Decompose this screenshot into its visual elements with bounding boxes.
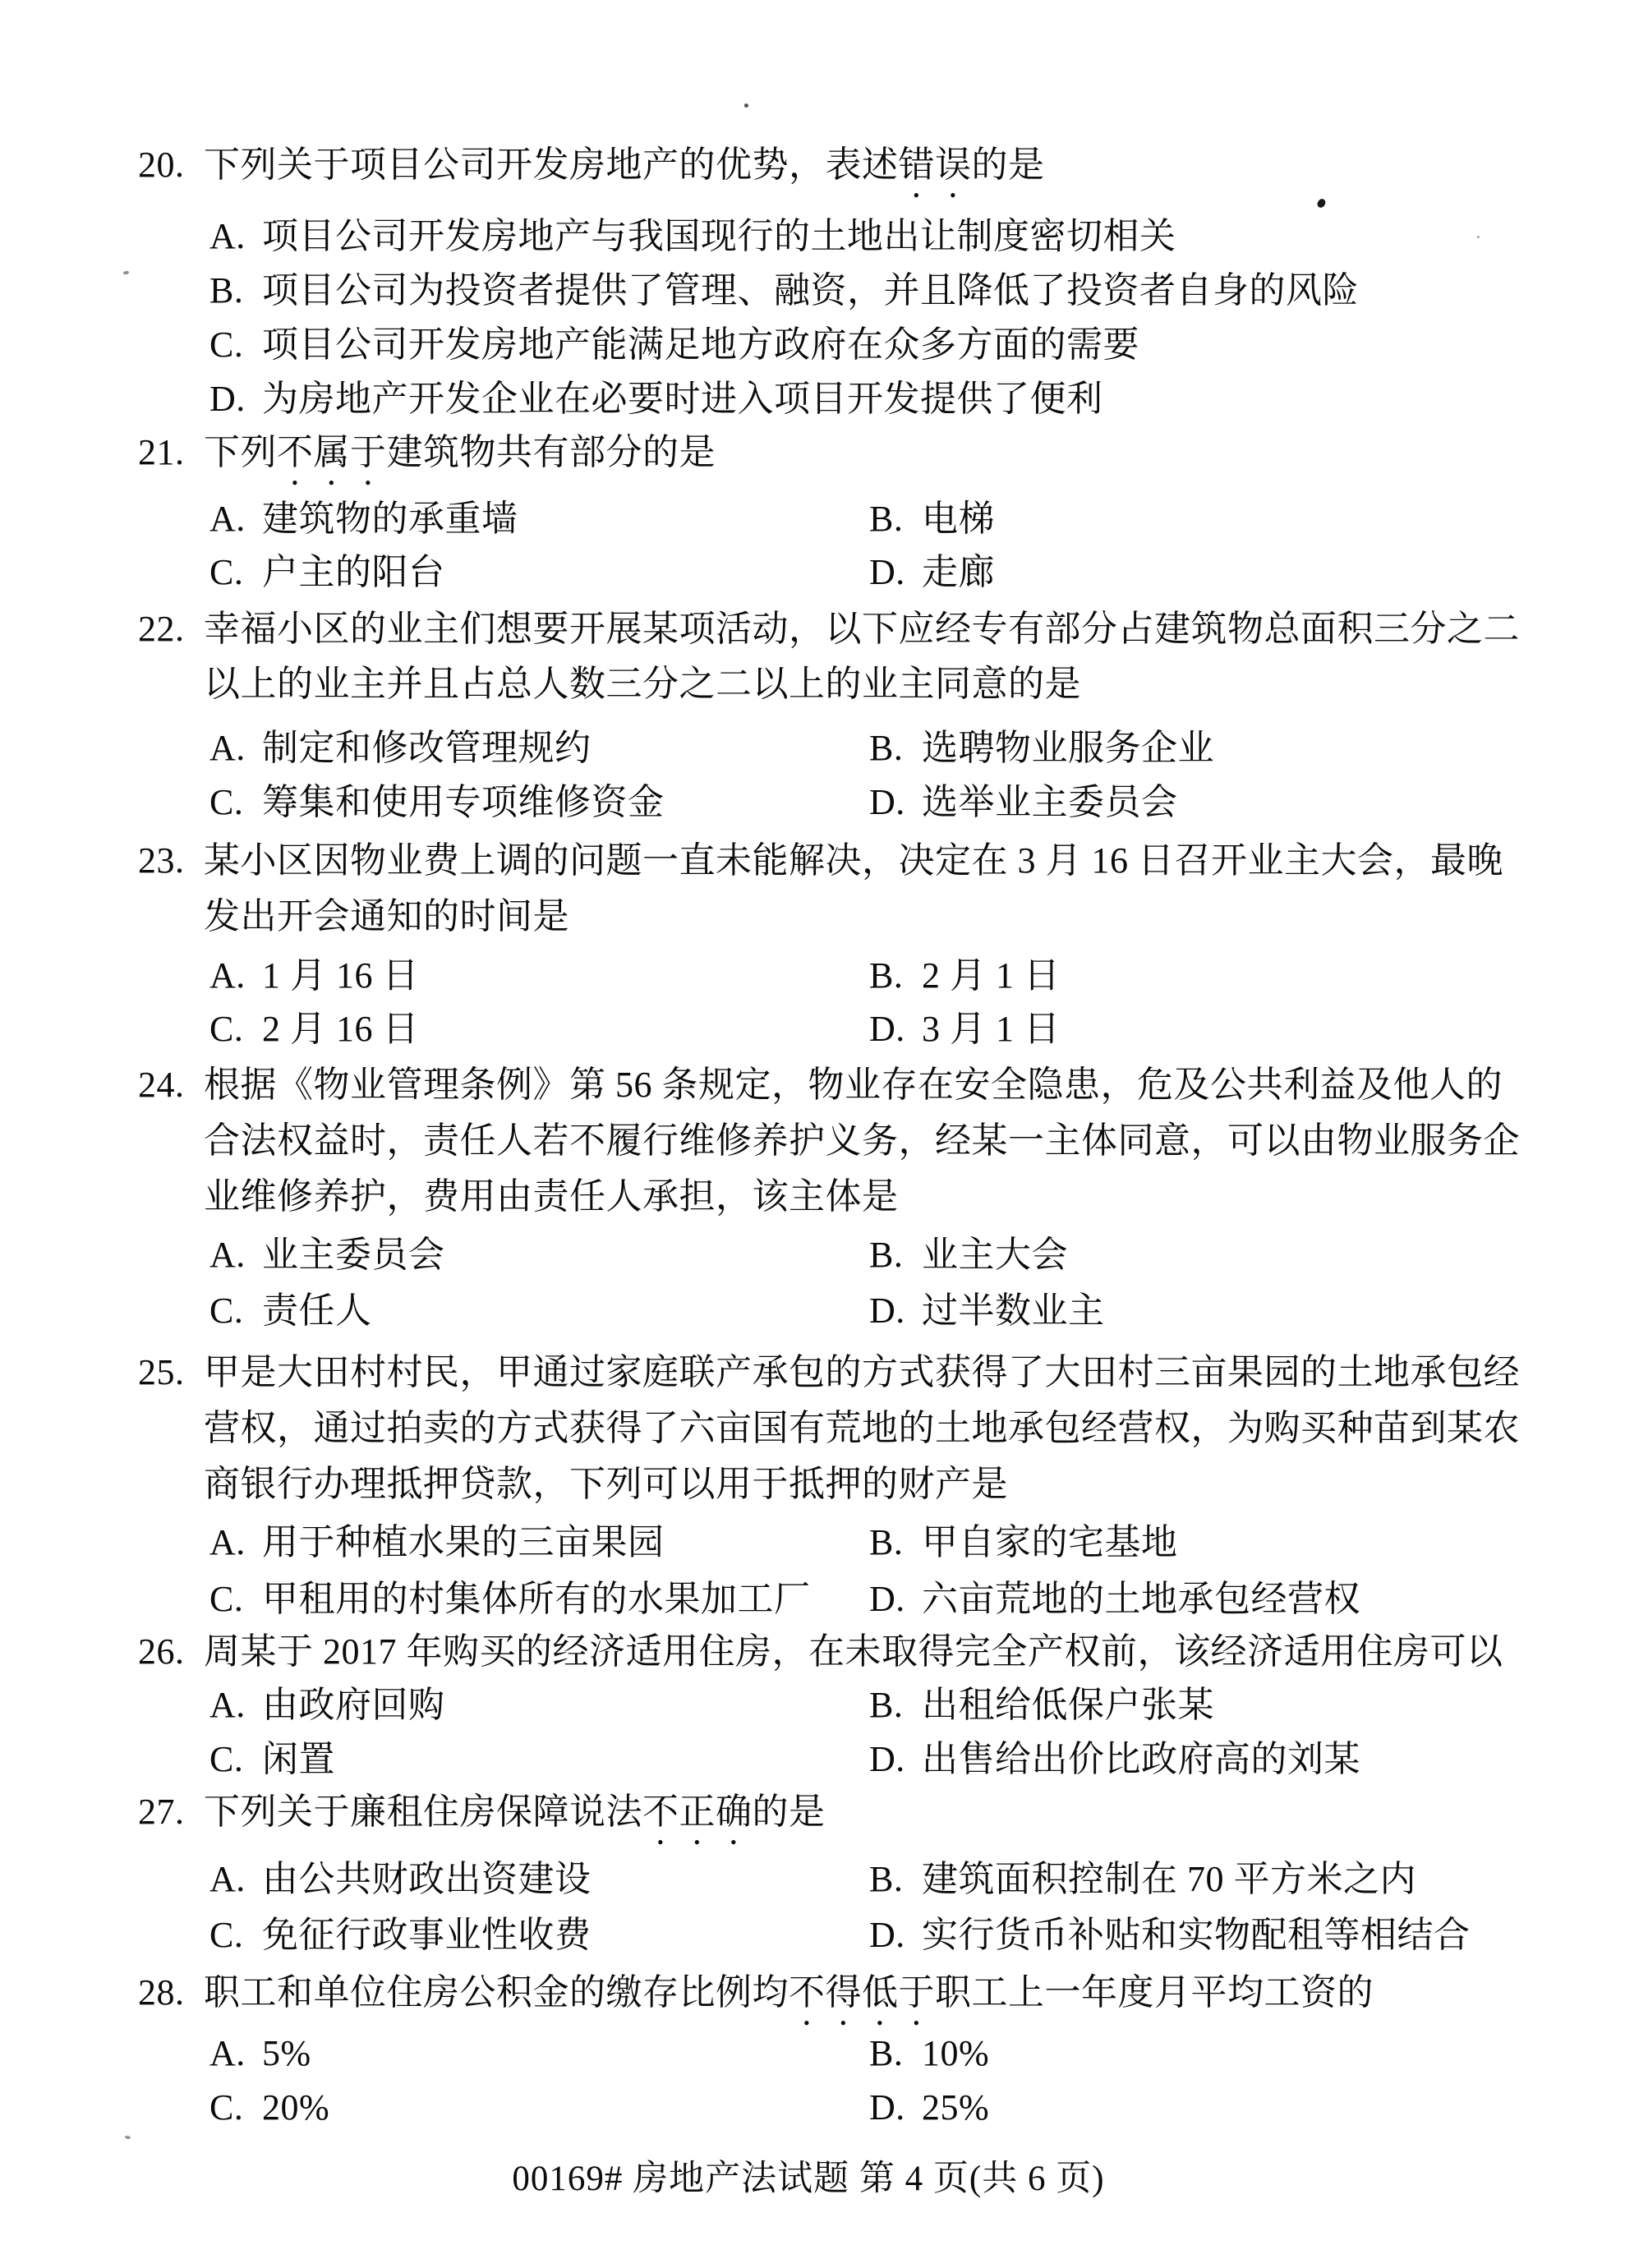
question-stem-continuation: 营权，通过拍卖的方式获得了六亩国有荒地的土地承包经营权，为购买种苗到某农: [204, 1407, 1520, 1450]
option-text: 3 月 1 日: [922, 1009, 1061, 1049]
option: A.项目公司开发房地产与我国现行的土地出让制度密切相关: [209, 215, 1176, 258]
option-letter: B.: [869, 498, 922, 541]
option: B.选聘物业服务企业: [869, 727, 1214, 770]
option-text: 建筑物的承重墙: [262, 499, 518, 539]
option-text: 选举业主委员会: [922, 782, 1178, 822]
option-letter: A.: [209, 215, 262, 258]
option-text: 免征行政事业性收费: [262, 1915, 592, 1955]
option-letter: C.: [209, 781, 262, 824]
option: B.10%: [869, 2032, 989, 2075]
question-text: 的是: [972, 145, 1045, 185]
option-letter: A.: [209, 498, 262, 541]
option: C.闲置: [209, 1738, 335, 1781]
option: D.3 月 1 日: [869, 1008, 1061, 1051]
option-row: A.由政府回购B.出租给低保户张某: [0, 1684, 1648, 1728]
question-text: 甲是大田村村民，甲通过家庭联产承包的方式获得了大田村三亩果园的土地承包经: [204, 1352, 1520, 1392]
option-row: C.免征行政事业性收费D.实行货币补贴和实物配租等相结合: [0, 1914, 1648, 1958]
option-letter: A.: [209, 1234, 262, 1277]
question-number: 20.: [138, 144, 204, 186]
scan-speck: [125, 2135, 131, 2139]
option-letter: C.: [209, 551, 262, 594]
question-text: 以上的业主并且占总人数三分之二以上的业主同意的是: [204, 664, 1081, 704]
option-text: 10%: [922, 2033, 989, 2073]
question-number: 28.: [138, 1971, 204, 2014]
option-row: A.1 月 16 日B.2 月 1 日: [0, 955, 1648, 999]
question-text: 某小区因物业费上调的问题一直未能解决，决定在 3 月 16 日召开业主大会，最晚: [204, 840, 1503, 881]
question-text: 幸福小区的业主们想要开展某项活动，以下应经专有部分占建筑物总面积三分之二: [204, 609, 1520, 649]
option-letter: C.: [209, 324, 262, 366]
question-text: 职工上一年度月平均工资的: [935, 1972, 1374, 2013]
option-text: 项目公司开发房地产与我国现行的土地出让制度密切相关: [262, 216, 1176, 256]
option-letter: C.: [209, 1914, 262, 1957]
option-letter: D.: [869, 1008, 922, 1051]
option-letter: A.: [209, 2032, 262, 2075]
option-letter: B.: [869, 1858, 922, 1901]
option-text: 甲租用的村集体所有的水果加工厂: [262, 1579, 811, 1619]
option-letter: A.: [209, 1858, 262, 1901]
question-stem-line: 27.下列关于廉租住房保障说法不正确的是: [138, 1791, 826, 1852]
option-letter: A.: [209, 1521, 262, 1564]
option: D.25%: [869, 2086, 989, 2129]
question-text-emphasized: 不得低于: [789, 1972, 935, 2013]
question-text: 下列关于项目公司开发房地产的优势，表述: [204, 145, 899, 185]
option-row: C.筹集和使用专项维修资金D.选举业主委员会: [0, 781, 1648, 826]
option: A.由政府回购: [209, 1684, 445, 1727]
question-stem-line: 26.周某于 2017 年购买的经济适用住房，在未取得完全产权前，该经济适用住房…: [138, 1631, 1503, 1673]
option-letter: A.: [209, 955, 262, 997]
option-text: 业主委员会: [262, 1235, 445, 1275]
option: D.实行货币补贴和实物配租等相结合: [869, 1914, 1471, 1957]
option-row: C.闲置D.出售给出价比政府高的刘某: [0, 1738, 1648, 1783]
scan-speck: [744, 104, 748, 108]
question-text: 职工和单位住房公积金的缴存比例均: [204, 1972, 789, 2013]
option: B.甲自家的宅基地: [869, 1521, 1178, 1564]
option-text: 电梯: [922, 499, 995, 539]
option: A.5%: [209, 2032, 311, 2075]
question-stem-line: 24.根据《物业管理条例》第 56 条规定，物业存在安全隐患，危及公共利益及他人…: [138, 1064, 1503, 1106]
option-letter: D.: [869, 1290, 922, 1332]
question-text: 下列: [204, 432, 277, 472]
option-text: 选聘物业服务企业: [922, 728, 1214, 768]
question-text: 下列关于廉租住房保障说法: [204, 1792, 642, 1832]
option: C.20%: [209, 2086, 329, 2129]
question-number: 21.: [138, 431, 204, 474]
option: A.用于种植水果的三亩果园: [209, 1521, 665, 1564]
question-stem-line: 20.下列关于项目公司开发房地产的优势，表述错误的是: [138, 144, 1045, 205]
question-stem-continuation: 商银行办理抵押贷款，下列可以用于抵押的财产是: [204, 1463, 1008, 1506]
option-row: C.责任人D.过半数业主: [0, 1290, 1648, 1334]
option-row: A.5%B.10%: [0, 2032, 1648, 2077]
option: D.走廊: [869, 551, 995, 594]
option: B.项目公司为投资者提供了管理、融资，并且降低了投资者自身的风险: [209, 269, 1359, 312]
question-number: 23.: [138, 840, 204, 882]
option-text: 为房地产开发企业在必要时进入项目开发提供了便利: [262, 379, 1103, 419]
option-letter: D.: [869, 2086, 922, 2129]
option-row: B.项目公司为投资者提供了管理、融资，并且降低了投资者自身的风险: [0, 269, 1648, 314]
option-letter: B.: [869, 1234, 922, 1277]
question-text: 合法权益时，责任人若不履行维修养护义务，经某一主体同意，可以由物业服务企: [204, 1120, 1520, 1161]
option: A.业主委员会: [209, 1234, 445, 1277]
option-letter: C.: [209, 1578, 262, 1621]
option-text: 25%: [922, 2087, 989, 2128]
option-text: 制定和修改管理规约: [262, 728, 592, 768]
option: A.建筑物的承重墙: [209, 498, 518, 541]
option-row: D.为房地产开发企业在必要时进入项目开发提供了便利: [0, 378, 1648, 422]
option-row: A.由公共财政出资建设B.建筑面积控制在 70 平方米之内: [0, 1858, 1648, 1902]
option-text: 甲自家的宅基地: [922, 1522, 1178, 1562]
option-row: C.甲租用的村集体所有的水果加工厂D.六亩荒地的土地承包经营权: [0, 1578, 1648, 1622]
question-text: 营权，通过拍卖的方式获得了六亩国有荒地的土地承包经营权，为购买种苗到某农: [204, 1408, 1520, 1448]
question-number: 24.: [138, 1064, 204, 1106]
option-letter: A.: [209, 727, 262, 770]
option-text: 责任人: [262, 1290, 372, 1331]
option-letter: C.: [209, 1290, 262, 1332]
option-text: 20%: [262, 2087, 329, 2128]
question-text: 的是: [753, 1792, 826, 1832]
option-text: 筹集和使用专项维修资金: [262, 782, 665, 822]
question-stem-line: 23.某小区因物业费上调的问题一直未能解决，决定在 3 月 16 日召开业主大会…: [138, 840, 1503, 882]
option-letter: B.: [209, 269, 262, 312]
question-text: 商银行办理抵押贷款，下列可以用于抵押的财产是: [204, 1464, 1008, 1504]
question-stem-line: 22.幸福小区的业主们想要开展某项活动，以下应经专有部分占建筑物总面积三分之二: [138, 608, 1520, 651]
option: A.由公共财政出资建设: [209, 1858, 592, 1901]
option: D.过半数业主: [869, 1290, 1105, 1332]
option-letter: C.: [209, 1738, 262, 1781]
option: B.2 月 1 日: [869, 955, 1061, 997]
option-letter: D.: [869, 1578, 922, 1621]
option-text: 闲置: [262, 1739, 335, 1779]
option-text: 出租给低保户张某: [922, 1685, 1214, 1725]
option-letter: D.: [869, 1738, 922, 1781]
question-text: 根据《物业管理条例》第 56 条规定，物业存在安全隐患，危及公共利益及他人的: [204, 1065, 1503, 1105]
option-text: 走廊: [922, 552, 995, 592]
option-text: 实行货币补贴和实物配租等相结合: [922, 1915, 1471, 1955]
option-text: 由政府回购: [262, 1685, 445, 1725]
question-stem-continuation: 发出开会通知的时间是: [204, 895, 569, 938]
option: C.项目公司开发房地产能满足地方政府在众多方面的需要: [209, 324, 1139, 366]
option-text: 项目公司开发房地产能满足地方政府在众多方面的需要: [262, 324, 1139, 365]
option: C.责任人: [209, 1290, 372, 1332]
option-text: 六亩荒地的土地承包经营权: [922, 1579, 1360, 1619]
option-letter: B.: [869, 1521, 922, 1564]
option-text: 2 月 16 日: [262, 1009, 419, 1049]
option-letter: B.: [869, 1684, 922, 1727]
option-text: 由公共财政出资建设: [262, 1859, 592, 1899]
scan-speck: [1316, 197, 1328, 209]
option-text: 5%: [262, 2033, 311, 2073]
option-row: A.用于种植水果的三亩果园B.甲自家的宅基地: [0, 1521, 1648, 1566]
question-text: 业维修养护，费用由责任人承担，该主体是: [204, 1176, 899, 1217]
option-letter: D.: [209, 378, 262, 421]
question-text: 周某于 2017 年购买的经济适用住房，在未取得完全产权前，该经济适用住房可以: [204, 1631, 1503, 1672]
option-row: C.2 月 16 日D.3 月 1 日: [0, 1008, 1648, 1052]
option: C.户主的阳台: [209, 551, 445, 594]
page-footer: 00169# 房地产法试题 第 4 页(共 6 页): [512, 2151, 1104, 2201]
option: A.制定和修改管理规约: [209, 727, 592, 770]
question-stem-line: 28.职工和单位住房公积金的缴存比例均不得低于职工上一年度月平均工资的: [138, 1971, 1374, 2033]
option-text: 1 月 16 日: [262, 955, 419, 996]
option: D.选举业主委员会: [869, 781, 1178, 824]
question-number: 27.: [138, 1791, 204, 1833]
option: B.建筑面积控制在 70 平方米之内: [869, 1858, 1416, 1901]
option: D.六亩荒地的土地承包经营权: [869, 1578, 1360, 1621]
option: D.出售给出价比政府高的刘某: [869, 1738, 1360, 1781]
question-number: 22.: [138, 608, 204, 651]
option: C.免征行政事业性收费: [209, 1914, 592, 1957]
option-text: 过半数业主: [922, 1290, 1105, 1331]
option-letter: D.: [869, 1914, 922, 1957]
option-text: 户主的阳台: [262, 552, 445, 592]
option-text: 出售给出价比政府高的刘某: [922, 1739, 1360, 1779]
option-letter: B.: [869, 2032, 922, 2075]
option-letter: B.: [869, 955, 922, 997]
question-number: 26.: [138, 1631, 204, 1673]
option-letter: D.: [869, 551, 922, 594]
question-stem-continuation: 合法权益时，责任人若不履行维修养护义务，经某一主体同意，可以由物业服务企: [204, 1120, 1520, 1162]
option-text: 2 月 1 日: [922, 955, 1061, 996]
option-letter: B.: [869, 727, 922, 770]
option: A.1 月 16 日: [209, 955, 419, 997]
question-stem-continuation: 以上的业主并且占总人数三分之二以上的业主同意的是: [204, 663, 1081, 706]
option: C.甲租用的村集体所有的水果加工厂: [209, 1578, 811, 1621]
question-text-emphasized: 不属于: [277, 432, 387, 472]
question-stem-continuation: 业维修养护，费用由责任人承担，该主体是: [204, 1175, 899, 1218]
exam-page: 20.下列关于项目公司开发房地产的优势，表述错误的是A.项目公司开发房地产与我国…: [0, 0, 1648, 2268]
option-letter: C.: [209, 1008, 262, 1051]
option-text: 项目公司为投资者提供了管理、融资，并且降低了投资者自身的风险: [262, 270, 1359, 311]
option-letter: D.: [869, 781, 922, 824]
option-row: C.项目公司开发房地产能满足地方政府在众多方面的需要: [0, 324, 1648, 368]
option: B.出租给低保户张某: [869, 1684, 1214, 1727]
option: B.业主大会: [869, 1234, 1068, 1277]
question-text: 发出开会通知的时间是: [204, 896, 569, 936]
question-number: 25.: [138, 1351, 204, 1394]
question-text: 建筑物共有部分的是: [387, 432, 716, 472]
option-row: A.建筑物的承重墙B.电梯: [0, 498, 1648, 542]
question-stem-line: 21.下列不属于建筑物共有部分的是: [138, 431, 716, 493]
option: D.为房地产开发企业在必要时进入项目开发提供了便利: [209, 378, 1103, 421]
scan-speck: [1477, 236, 1480, 238]
option-row: A.制定和修改管理规约B.选聘物业服务企业: [0, 727, 1648, 771]
question-text-emphasized: 不正确: [642, 1792, 753, 1832]
option-text: 业主大会: [922, 1235, 1068, 1275]
option: B.电梯: [869, 498, 995, 541]
question-text-emphasized: 错误: [899, 145, 972, 185]
option-row: A.项目公司开发房地产与我国现行的土地出让制度密切相关: [0, 215, 1648, 260]
option-text: 建筑面积控制在 70 平方米之内: [922, 1859, 1416, 1899]
option: C.筹集和使用专项维修资金: [209, 781, 665, 824]
question-stem-line: 25.甲是大田村村民，甲通过家庭联产承包的方式获得了大田村三亩果园的土地承包经: [138, 1351, 1520, 1394]
option-letter: A.: [209, 1684, 262, 1727]
option-letter: C.: [209, 2086, 262, 2129]
option-row: C.20%D.25%: [0, 2086, 1648, 2131]
option-row: A.业主委员会B.业主大会: [0, 1234, 1648, 1278]
option-text: 用于种植水果的三亩果园: [262, 1522, 665, 1562]
option: C.2 月 16 日: [209, 1008, 419, 1051]
option-row: C.户主的阳台D.走廊: [0, 551, 1648, 596]
